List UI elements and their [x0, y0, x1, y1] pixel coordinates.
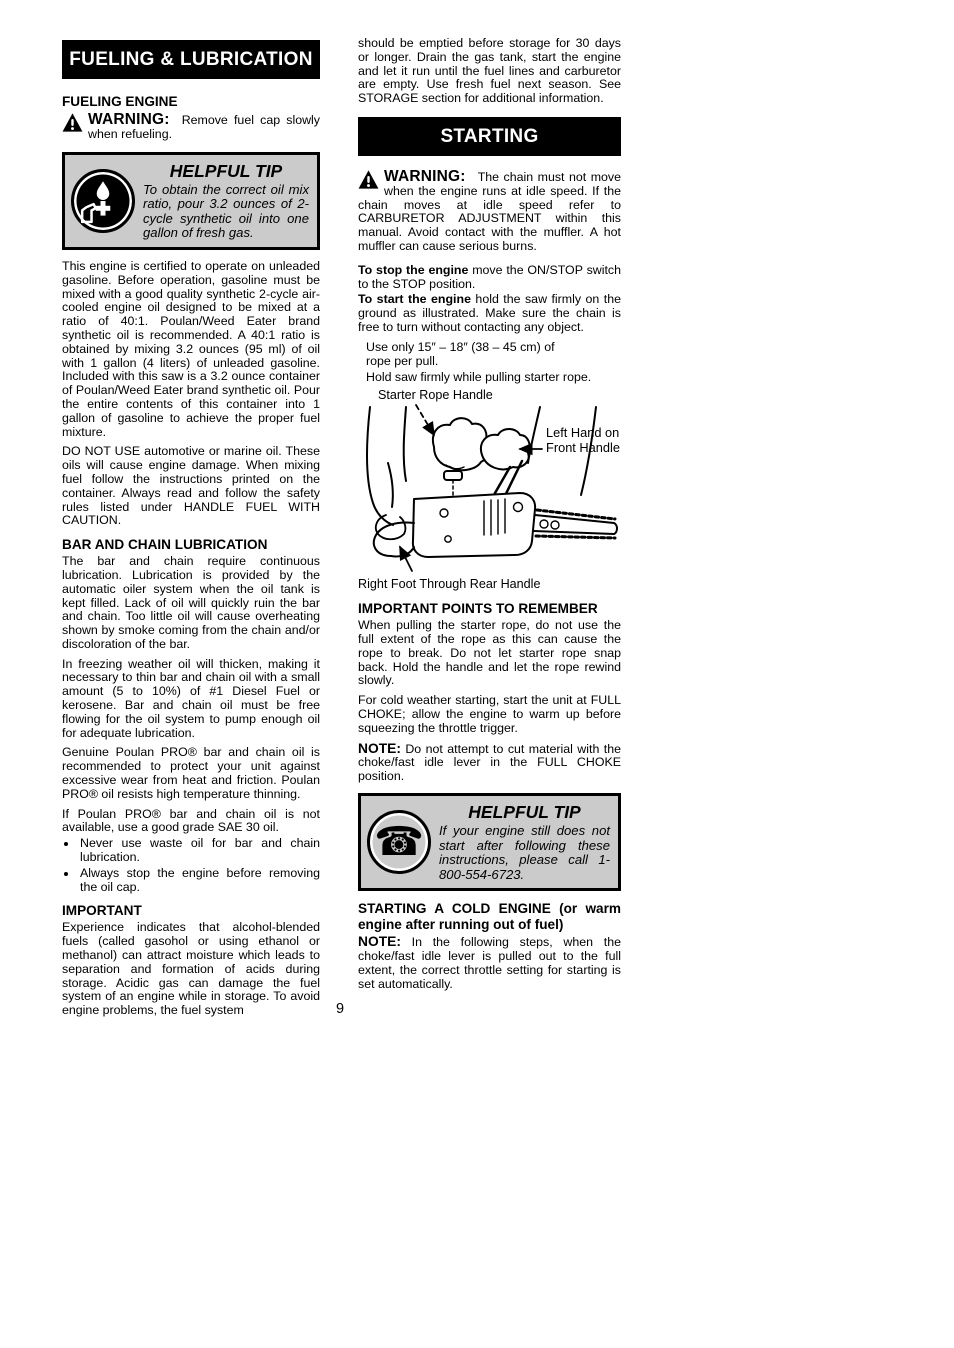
rope-instructions: Use only 15″ – 18″ (38 – 45 cm) of rope …: [358, 341, 621, 385]
figure-label-starter-rope-handle: Starter Rope Handle: [378, 388, 621, 402]
tip-title: HELPFUL TIP: [439, 802, 610, 823]
stop-engine-lead: To stop the engine: [358, 263, 468, 277]
warning-label: WARNING:: [88, 111, 170, 128]
paragraph-bar-chain-1: The bar and chain require continuous lub…: [62, 555, 320, 652]
tip-text: If your engine still does not start afte…: [439, 824, 610, 882]
paragraph-note-choke-lever: NOTE: In the following steps, when the c…: [358, 935, 621, 991]
heading-starting-cold-engine: STARTING A COLD ENGINE (or warm engine a…: [358, 901, 621, 932]
chainsaw-starting-illustration: Left Hand on Front Handle: [358, 403, 621, 575]
warning-label: WARNING:: [384, 168, 466, 185]
tip-text: To obtain the correct oil mix ratio, pou…: [143, 183, 309, 241]
paragraph-note-full-choke: NOTE: Do not attempt to cut material wit…: [358, 742, 621, 784]
paragraph-bar-chain-3: Genuine Poulan PRO® bar and chain oil is…: [62, 746, 320, 801]
rope-length-note: Use only 15″ – 18″ (38 – 45 cm) of rope …: [366, 341, 581, 369]
warning-triangle-icon: [62, 113, 83, 132]
figure-label-left-hand: Left Hand on Front Handle: [546, 425, 624, 455]
telephone-glyph: ☎: [374, 822, 424, 862]
left-column: FUELING & LUBRICATION FUELING ENGINE WAR…: [62, 40, 320, 1024]
section-banner-starting: STARTING: [358, 117, 621, 156]
starter-rope-arrow: [416, 405, 434, 435]
list-item: Never use waste oil for bar and chain lu…: [78, 837, 320, 865]
start-engine-lead: To start the engine: [358, 292, 471, 306]
paragraph-important: Experience indicates that alcohol-blende…: [62, 921, 320, 1018]
paragraph-bar-chain-4: If Poulan PRO® bar and chain oil is not …: [62, 808, 320, 836]
figure-label-right-foot: Right Foot Through Rear Handle: [358, 577, 621, 591]
manual-page: FUELING & LUBRICATION FUELING ENGINE WAR…: [0, 0, 954, 1348]
helpful-tip-box-phone: ☎ HELPFUL TIP If your engine still does …: [358, 793, 621, 891]
hold-saw-note: Hold saw firmly while pulling starter ro…: [366, 371, 621, 385]
paragraph-points-2: For cold weather starting, start the uni…: [358, 694, 621, 735]
warning-block-starting: WARNING:The chain must not move when the…: [358, 170, 621, 254]
paragraph-fuel-mix: This engine is certified to operate on u…: [62, 260, 320, 439]
paragraph-bar-chain-2: In freezing weather oil will thicken, ma…: [62, 658, 320, 741]
heading-bar-chain-lubrication: BAR AND CHAIN LUBRICATION: [62, 537, 320, 552]
paragraph-storage-continuation: should be emptied before storage for 30 …: [358, 37, 621, 106]
telephone-icon: ☎: [367, 810, 431, 874]
heading-important: IMPORTANT: [62, 903, 320, 918]
oil-mix-icon: [71, 169, 135, 233]
paragraph-start-engine: To start the engine hold the saw firmly …: [358, 293, 621, 334]
tip-title: HELPFUL TIP: [143, 161, 309, 182]
heading-important-points: IMPORTANT POINTS TO REMEMBER: [358, 601, 621, 616]
note-label: NOTE:: [358, 934, 401, 949]
heading-fueling-engine: FUELING ENGINE: [62, 94, 320, 109]
page-number: 9: [336, 1001, 344, 1017]
oil-bullet-list: Never use waste oil for bar and chain lu…: [62, 837, 320, 894]
note-label: NOTE:: [358, 741, 401, 756]
helpful-tip-box-oil-mix: HELPFUL TIP To obtain the correct oil mi…: [62, 152, 320, 250]
list-item: Always stop the engine before removing t…: [78, 867, 320, 895]
paragraph-points-1: When pulling the starter rope, do not us…: [358, 619, 621, 688]
right-column: should be emptied before storage for 30 …: [358, 37, 621, 997]
section-banner-fueling-lubrication: FUELING & LUBRICATION: [62, 40, 320, 79]
paragraph-stop-engine: To stop the engine move the ON/STOP swit…: [358, 264, 621, 292]
warning-triangle-icon: [358, 170, 379, 189]
warning-block-fueling: WARNING:Remove fuel cap slowly when refu…: [62, 113, 320, 142]
paragraph-do-not-use: DO NOT USE automotive or marine oil. The…: [62, 445, 320, 528]
